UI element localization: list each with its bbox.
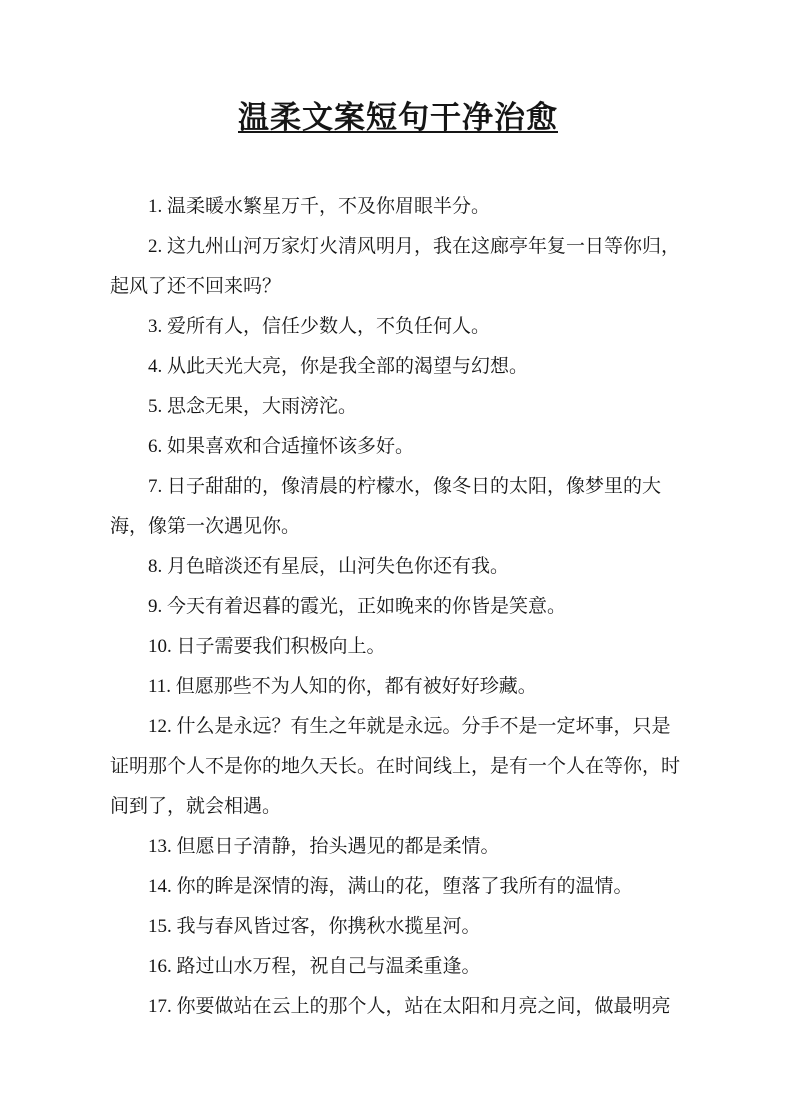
list-item: 11. 但愿那些不为人知的你，都有被好好珍藏。: [110, 667, 686, 707]
list-item: 6. 如果喜欢和合适撞怀该多好。: [110, 427, 686, 467]
list-item: 4. 从此天光大亮，你是我全部的渴望与幻想。: [110, 347, 686, 387]
list-item: 13. 但愿日子清静，抬头遇见的都是柔情。: [110, 827, 686, 867]
list-item: 1. 温柔暖水繁星万千，不及你眉眼半分。: [110, 187, 686, 227]
list-item: 3. 爱所有人，信任少数人，不负任何人。: [110, 307, 686, 347]
page-title: 温柔文案短句干净治愈: [110, 95, 686, 140]
list-item: 17. 你要做站在云上的那个人，站在太阳和月亮之间，做最明亮: [110, 987, 686, 1027]
list-item: 10. 日子需要我们积极向上。: [110, 627, 686, 667]
list-item: 14. 你的眸是深情的海，满山的花，堕落了我所有的温情。: [110, 867, 686, 907]
list-item: 8. 月色暗淡还有星辰，山河失色你还有我。: [110, 547, 686, 587]
list-item: 5. 思念无果，大雨滂沱。: [110, 387, 686, 427]
document-page: 温柔文案短句干净治愈 1. 温柔暖水繁星万千，不及你眉眼半分。2. 这九州山河万…: [0, 0, 792, 1120]
sentence-list: 1. 温柔暖水繁星万千，不及你眉眼半分。2. 这九州山河万家灯火清风明月，我在这…: [110, 187, 686, 1027]
list-item: 15. 我与春风皆过客，你携秋水揽星河。: [110, 907, 686, 947]
list-item: 7. 日子甜甜的，像清晨的柠檬水，像冬日的太阳，像梦里的大 海，像第一次遇见你。: [110, 467, 686, 547]
list-item: 16. 路过山水万程，祝自己与温柔重逢。: [110, 947, 686, 987]
list-item: 9. 今天有着迟暮的霞光，正如晚来的你皆是笑意。: [110, 587, 686, 627]
list-item: 2. 这九州山河万家灯火清风明月，我在这廊亭年复一日等你归， 起风了还不回来吗？: [110, 227, 686, 307]
list-item: 12. 什么是永远？有生之年就是永远。分手不是一定坏事，只是 证明那个人不是你的…: [110, 707, 686, 827]
